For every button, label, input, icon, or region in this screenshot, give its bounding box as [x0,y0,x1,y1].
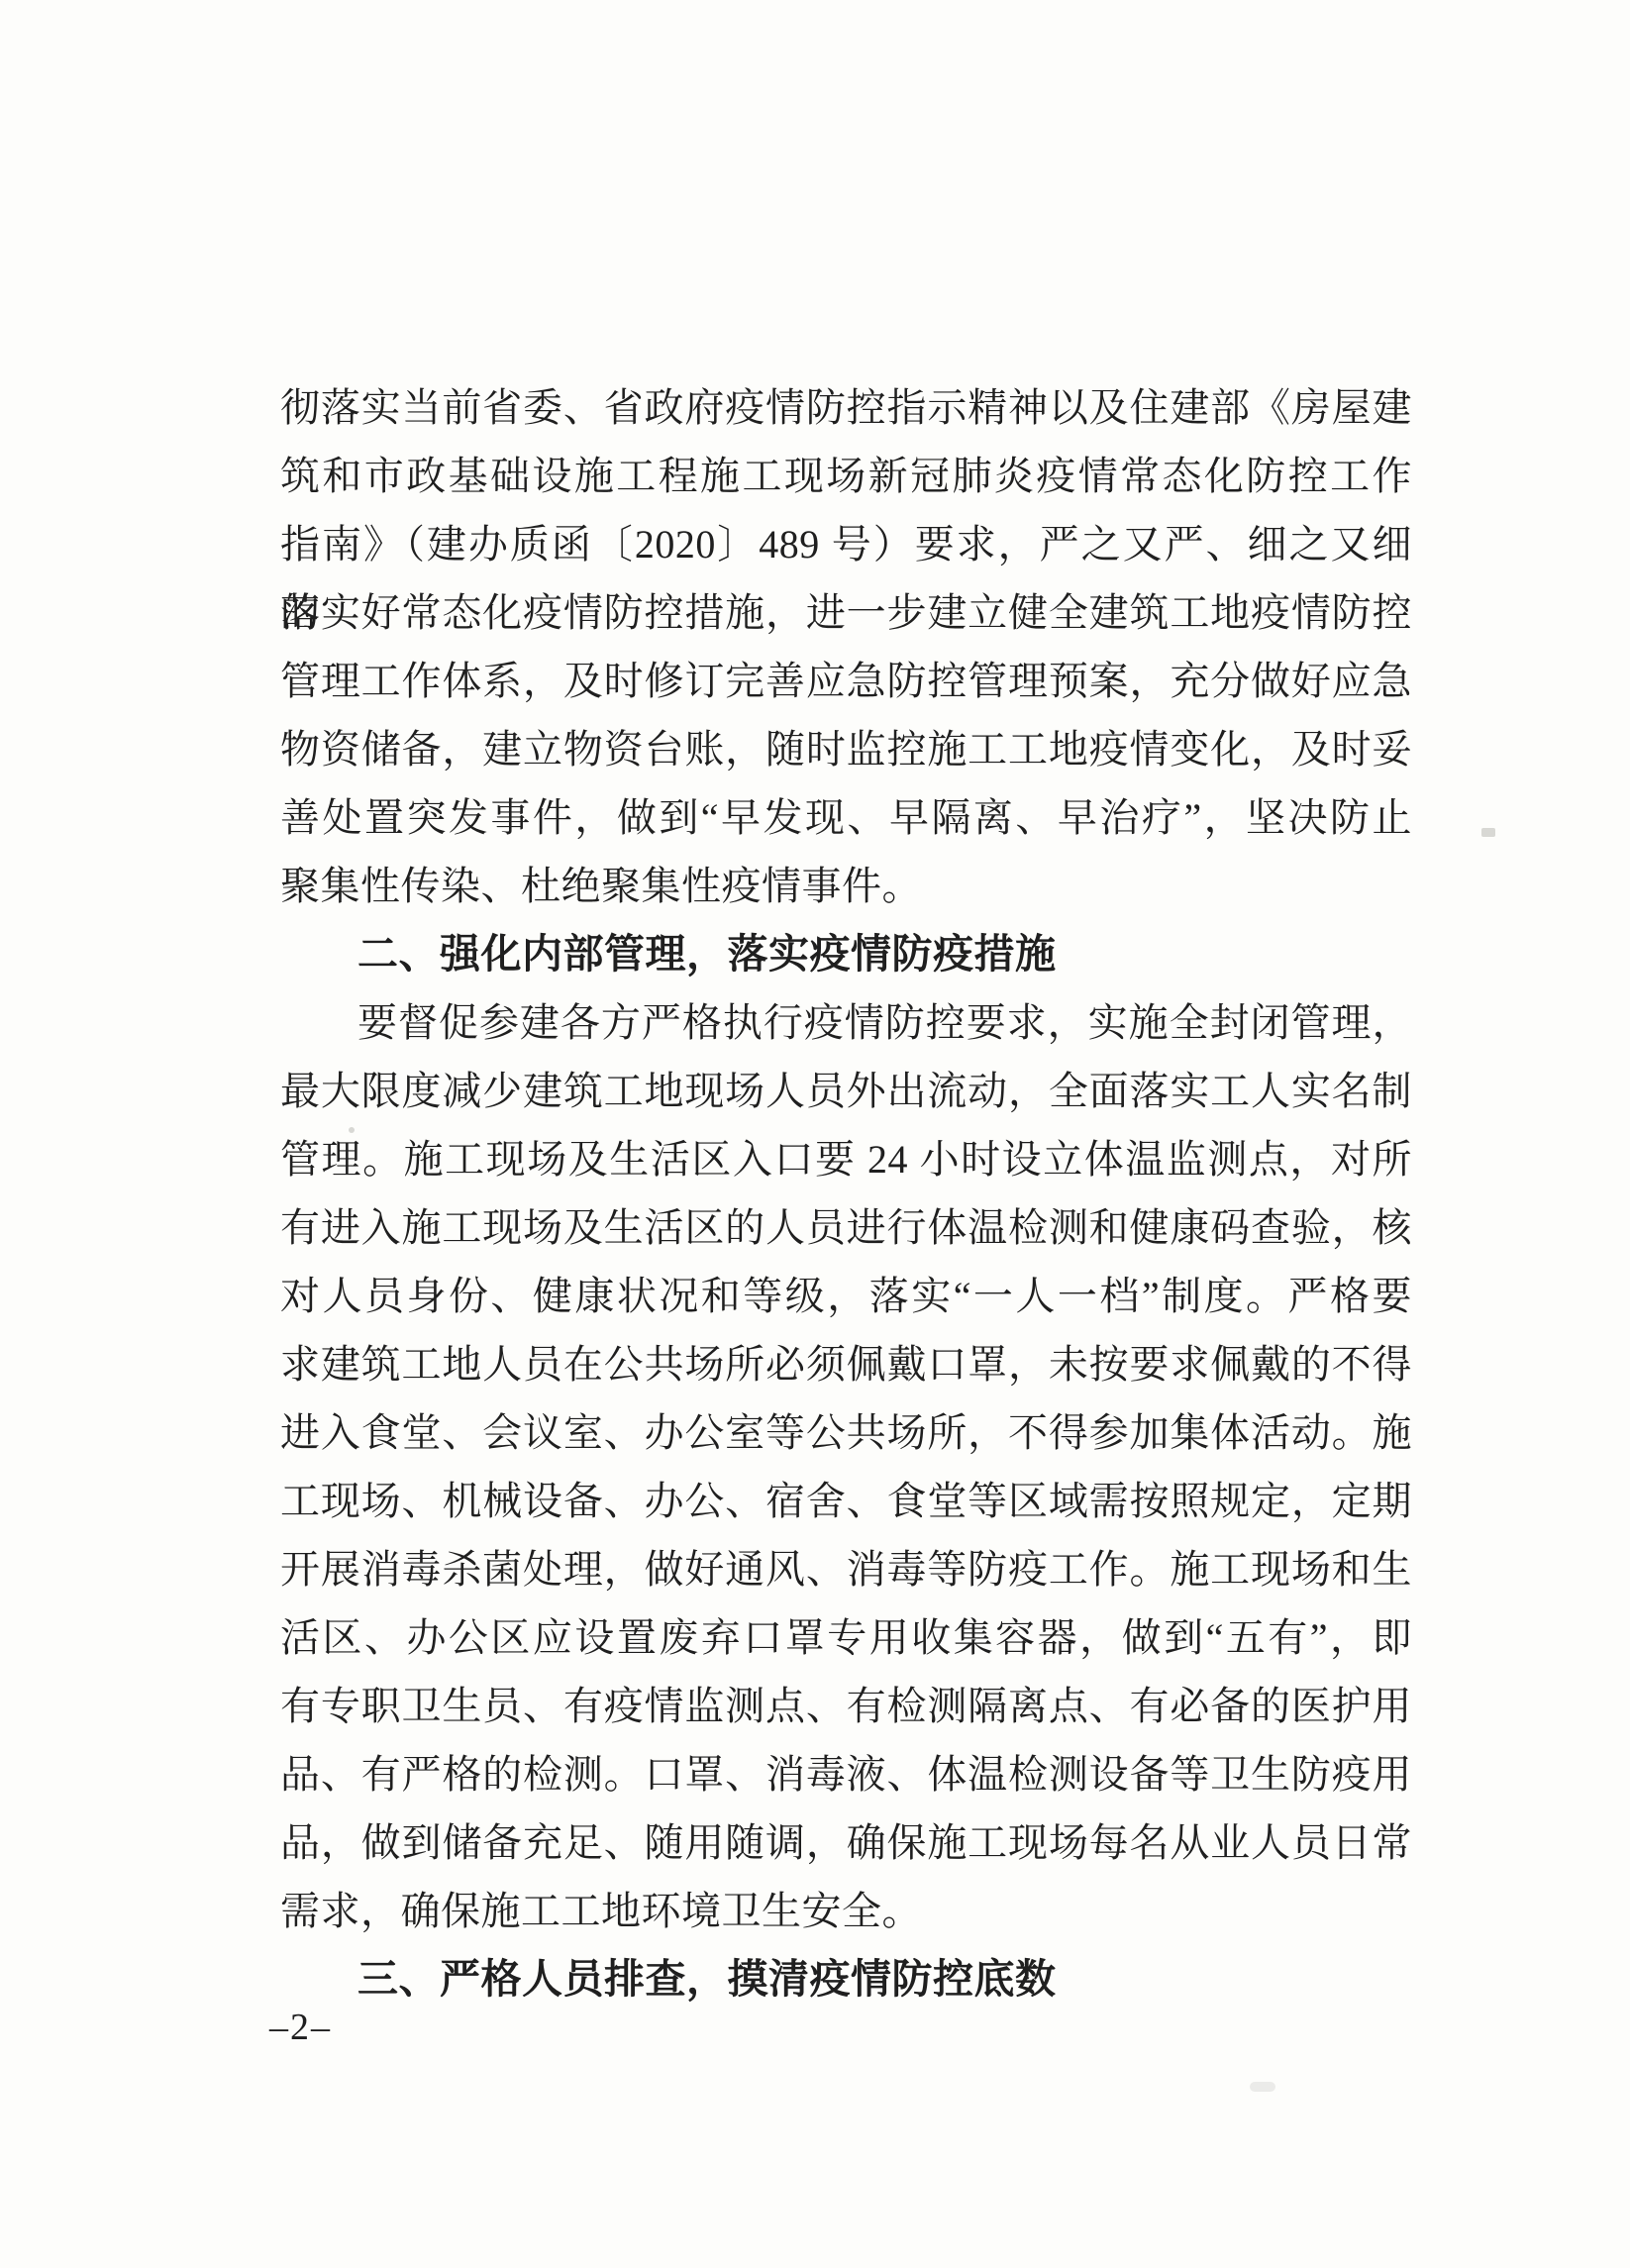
document-line: 开展消毒杀菌处理，做好通风、消毒等防疫工作。施工现场和生 [280,1535,1412,1603]
document-line: 活区、办公区应设置废弃口罩专用收集容器，做到“五有”，即 [280,1603,1412,1672]
document-lines: 彻落实当前省委、省政府疫情防控指示精神以及住建部《房屋建筑和市政基础设施工程施工… [280,373,1412,2013]
document-line: 物资储备，建立物资台账，随时监控施工工地疫情变化，及时妥 [280,715,1412,783]
document-line: 求建筑工地人员在公共场所必须佩戴口罩，未按要求佩戴的不得 [280,1330,1412,1398]
document-line: 善处置突发事件，做到“早发现、早隔离、早治疗”，坚决防止 [280,783,1412,852]
scan-artifact [1250,2082,1275,2092]
document-line: 指南》（建办质函〔2020〕489 号）要求，严之又严、细之又细的 [280,510,1412,578]
document-line: 品、有严格的检测。口罩、消毒液、体温检测设备等卫生防疫用 [280,1740,1412,1808]
document-line: 需求，确保施工工地环境卫生安全。 [280,1877,1412,1945]
section-heading: 三、严格人员排查，摸清疫情防控底数 [280,1945,1412,2013]
document-line: 管理。施工现场及生活区入口要 24 小时设立体温监测点，对所 [280,1125,1412,1193]
document-line: 进入食堂、会议室、办公室等公共场所，不得参加集体活动。施 [280,1398,1412,1467]
document-line: 筑和市政基础设施工程施工现场新冠肺炎疫情常态化防控工作 [280,442,1412,510]
document-line: 对人员身份、健康状况和等级，落实“一人一档”制度。严格要 [280,1262,1412,1330]
document-line: 彻落实当前省委、省政府疫情防控指示精神以及住建部《房屋建 [280,373,1412,442]
document-line: 有专职卫生员、有疫情监测点、有检测隔离点、有必备的医护用 [280,1672,1412,1740]
document-line: 工现场、机械设备、办公、宿舍、食堂等区域需按照规定，定期 [280,1467,1412,1535]
scanned-document-page: 彻落实当前省委、省政府疫情防控指示精神以及住建部《房屋建筑和市政基础设施工程施工… [0,0,1630,2268]
document-line: 聚集性传染、杜绝聚集性疫情事件。 [280,852,1412,920]
scan-artifact [349,1127,355,1133]
document-line: 要督促参建各方严格执行疫情防控要求，实施全封闭管理， [280,988,1412,1057]
section-heading: 二、强化内部管理，落实疫情防疫措施 [280,920,1412,988]
document-line: 最大限度减少建筑工地现场人员外出流动，全面落实工人实名制 [280,1057,1412,1125]
document-line: 落实好常态化疫情防控措施，进一步建立健全建筑工地疫情防控 [280,578,1412,647]
scan-artifact [1481,828,1495,837]
document-line: 管理工作体系，及时修订完善应急防控管理预案，充分做好应急 [280,647,1412,715]
page-number: –2– [269,2007,332,2048]
document-line: 有进入施工现场及生活区的人员进行体温检测和健康码查验，核 [280,1193,1412,1262]
document-line: 品，做到储备充足、随用随调，确保施工现场每名从业人员日常 [280,1808,1412,1877]
